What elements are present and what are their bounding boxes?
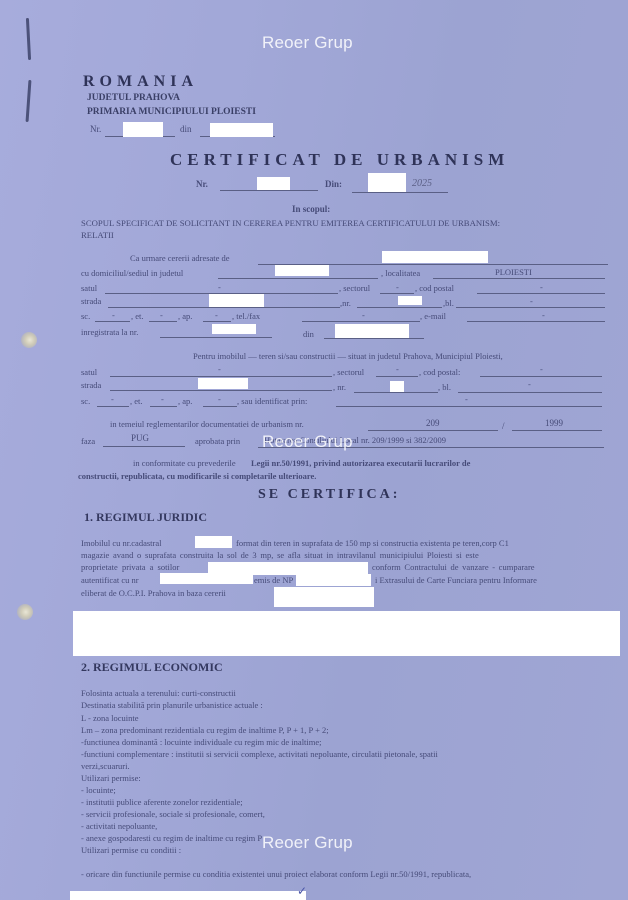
juridic-text: i Extrasului de Carte Funciara pentru In… (375, 575, 537, 585)
regulation-doc-year: 1999 (545, 418, 563, 428)
property-sector-label: , sectorul (333, 367, 364, 377)
village-label: satul (81, 283, 97, 293)
conform-law-1: Legii nr.50/1991, privind autorizarea ex… (251, 458, 470, 468)
ap-label: , ap. (178, 311, 192, 321)
redacted-field (257, 177, 290, 190)
juridic-text: Imobilul cu nr.cadastral (81, 538, 162, 548)
juridic-text: conform Contractului de vanzare - cumpar… (372, 562, 535, 572)
economic-line: Utilizari permise: (81, 773, 141, 783)
bl-label: ,bl. (443, 298, 454, 308)
juridic-text: proprietate privata a sotilor (81, 562, 179, 572)
tel-value: - (362, 310, 365, 320)
regulations-label: in temeiul reglementarilor documentatiei… (110, 419, 304, 429)
registered-label: inregistrata la nr. (81, 327, 138, 337)
redacted-field (198, 378, 248, 389)
et-label: , et. (131, 311, 144, 321)
economic-line: Lm – zona predominant rezidentiala cu re… (81, 725, 329, 735)
economic-line: - activitati nepoluante, (81, 821, 157, 831)
property-village-label: satul (81, 367, 97, 377)
property-et-value: - (161, 394, 164, 404)
registered-din: din (303, 329, 314, 339)
juridic-text: emis de NP (254, 575, 293, 585)
tel-label: , tel./fax (232, 311, 260, 321)
domicile-label: cu domiciliul/sediul in judetul (81, 268, 183, 278)
header-din-label: din (180, 124, 192, 134)
economic-line: Folosinta actuala a terenului: curti-con… (81, 688, 236, 698)
nr-label: ,nr. (340, 298, 351, 308)
economic-line: Utilizari permise cu conditii : (81, 845, 181, 855)
redacted-field (368, 173, 406, 192)
redacted-field (212, 324, 256, 334)
redacted-request (274, 587, 374, 607)
juridic-text: magazie avand o suprafata construita la … (81, 550, 479, 560)
certificate-year: 2025 (412, 178, 432, 189)
locality-value: PLOIESTI (495, 267, 532, 277)
et-value: - (160, 310, 163, 320)
economic-line: - oricare din functiunile permise cu con… (81, 869, 471, 879)
economic-line: Destinatia stabilită prin planurile urba… (81, 700, 263, 710)
watermark: Reoer Grup (262, 33, 353, 53)
certifies-heading: SE CERTIFICA: (258, 487, 400, 503)
property-sector-value: - (396, 364, 399, 374)
redacted-block (73, 611, 620, 656)
email-label: , e-mail (420, 311, 446, 321)
property-sc-label: sc. (81, 396, 90, 406)
certificate-nr-label: Nr. (196, 179, 208, 189)
section-juridic-title: 1. REGIMUL JURIDIC (84, 510, 207, 525)
property-street-label: strada (81, 380, 101, 390)
property-et-label: , et. (130, 396, 143, 406)
economic-line: -functiuni complementare : institutii si… (81, 749, 438, 759)
purpose-text: SCOPUL SPECIFICAT DE SOLICITANT IN CERER… (81, 218, 500, 228)
punch-hole (17, 604, 33, 620)
redacted-footer (70, 891, 306, 900)
property-postal-label: , cod postal: (419, 367, 460, 377)
property-bl-value: - (528, 379, 531, 389)
staple-mark (26, 80, 32, 122)
postal-value: - (540, 282, 543, 292)
redacted-field (390, 381, 404, 392)
property-ap-label: , ap. (178, 396, 192, 406)
phase-label: faza (81, 436, 95, 446)
property-bl-label: , bl. (438, 382, 451, 392)
property-identified-value: - (465, 394, 468, 404)
purpose-text-2: RELATII (81, 230, 114, 240)
sc-label: sc. (81, 311, 90, 321)
email-value: - (542, 310, 545, 320)
economic-line: - institutii publice aferente zonelor re… (81, 797, 243, 807)
punch-hole (21, 332, 37, 348)
regulation-doc-nr: 209 (426, 418, 440, 428)
redacted-field (335, 324, 409, 338)
redacted-field (275, 265, 329, 276)
economic-line: -functiunea dominantă : locuinte individ… (81, 737, 322, 747)
sector-value: - (396, 282, 399, 292)
economic-line: - locuinte; (81, 785, 116, 795)
juridic-text: format din teren in suprafata de 150 mp … (236, 538, 509, 548)
document-title: CERTIFICAT DE URBANISM (170, 150, 509, 170)
phase-value: PUG (131, 433, 149, 443)
redacted-field (209, 294, 264, 307)
economic-line: verzi,scuaruri. (81, 761, 130, 771)
watermark: Reoer Grup (262, 432, 353, 452)
property-ap-value: - (218, 394, 221, 404)
property-sc-value: - (111, 394, 114, 404)
approved-label: aprobata prin (195, 436, 240, 446)
conform-intro: in conformitate cu prevederile (133, 458, 236, 468)
property-identified-label: , sau identificat prin: (237, 396, 307, 406)
redacted-applicant-name (382, 251, 488, 263)
conform-law-2: constructii, republicata, cu modificaril… (78, 471, 316, 481)
property-intro: Pentru imobilul — teren si/sau construct… (193, 351, 503, 361)
property-postal-value: - (540, 364, 543, 374)
locality-label: , localitatea (381, 268, 420, 278)
checkmark-icon: ✓ (297, 884, 307, 899)
juridic-text: autentificat cu nr (81, 575, 139, 585)
redacted-field (210, 123, 273, 137)
redacted-cadastral (195, 536, 232, 548)
redacted-field (123, 122, 163, 137)
staple-mark (26, 18, 31, 60)
sector-label: , sectorul (339, 283, 370, 293)
header-nr-label: Nr. (90, 124, 101, 134)
economic-line: L - zona locuinte (81, 713, 139, 723)
watermark: Reoer Grup (262, 833, 353, 853)
economic-line: - servicii profesionale, sociale si prof… (81, 809, 265, 819)
slash: / (502, 421, 505, 431)
redacted-contract-nr (160, 573, 253, 584)
juridic-text: eliberat de O.C.P.I. Prahova in baza cer… (81, 588, 226, 598)
economic-line: - anexe gospodaresti cu regim de inaltim… (81, 833, 262, 843)
redacted-field (398, 296, 422, 305)
bl-value: - (530, 296, 533, 306)
postal-label: , cod postal (415, 283, 454, 293)
purpose-label: In scopul: (292, 204, 330, 214)
header-country: ROMANIA (83, 73, 198, 91)
village-value: - (218, 282, 221, 292)
ap-value: - (215, 310, 218, 320)
section-economic-title: 2. REGIMUL ECONOMIC (81, 660, 223, 675)
certificate-din-label: Din: (325, 179, 342, 189)
street-label: strada (81, 296, 101, 306)
redacted-notary (296, 574, 371, 586)
applicant-intro: Ca urmare cererii adresate de (130, 253, 230, 263)
sc-value: - (112, 310, 115, 320)
header-county: JUDETUL PRAHOVA (87, 93, 180, 103)
property-nr-label: , nr. (333, 382, 346, 392)
property-village-value: - (218, 364, 221, 374)
header-authority: PRIMARIA MUNICIPIULUI PLOIESTI (87, 107, 256, 117)
